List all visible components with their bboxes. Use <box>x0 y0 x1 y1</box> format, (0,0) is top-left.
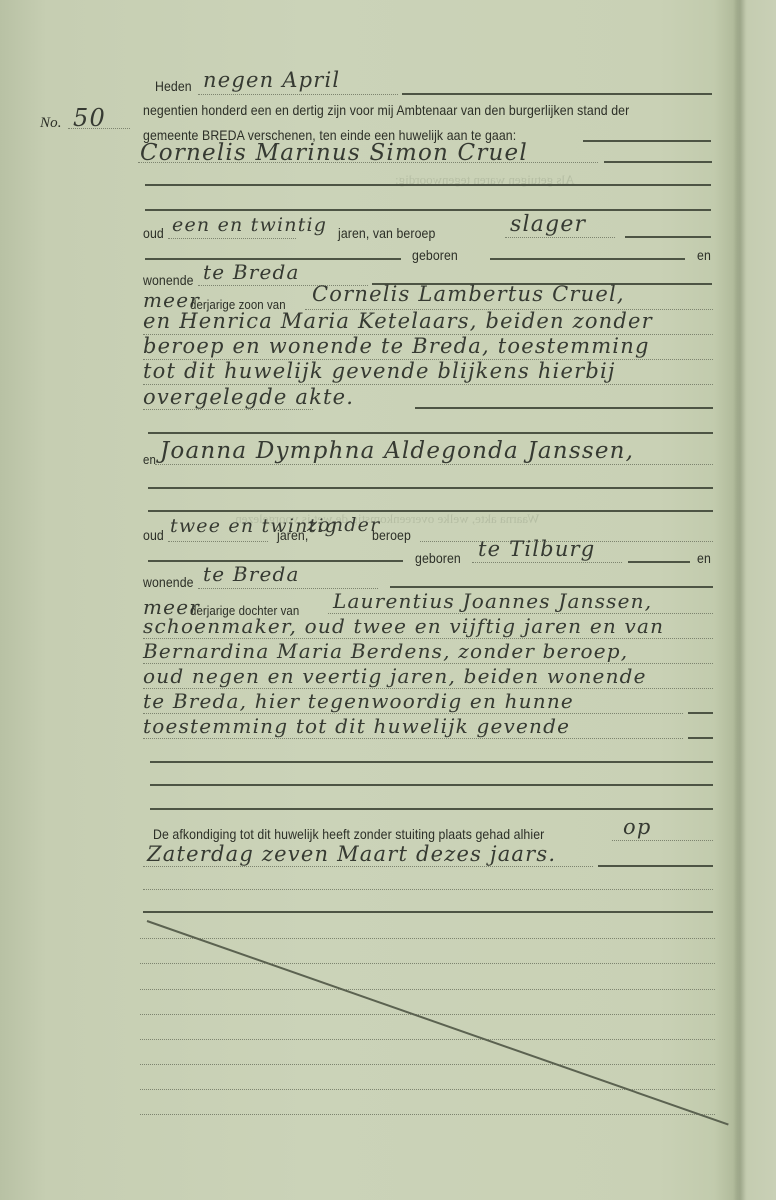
bride-parents-line-2: schoenmaker, oud twee en vijftig jaren e… <box>143 614 664 638</box>
blank-dotted-rule <box>140 989 715 990</box>
groom-name-line <box>138 162 598 163</box>
bride-parents-rule-5b <box>688 712 713 714</box>
register-page: Als getuigen waren tegenwoordig: Waarna … <box>0 0 776 1200</box>
groom-parents-line-3: beroep en wonende te Breda, toestemming <box>143 334 650 358</box>
bride-birthplace: te Tilburg <box>478 537 595 561</box>
bride-parents-line-6: toestemming tot dit huwelijk gevende <box>143 714 570 738</box>
proclamation-line-1 <box>612 840 713 841</box>
groom-name-rule <box>604 161 712 163</box>
bride-en-label: en <box>143 452 156 467</box>
bride-occupation: zonder <box>307 514 380 536</box>
blank-rule <box>143 911 713 913</box>
date-handwritten: negen April <box>203 68 340 92</box>
record-number-line <box>68 128 130 129</box>
bride-parents-rule-6b <box>688 737 713 739</box>
groom-occupation-rule <box>625 236 711 238</box>
record-number-label: No. <box>40 115 62 132</box>
bride-residence: te Breda <box>203 562 300 586</box>
bride-parents-line-5: te Breda, hier tegenwoordig en hunne <box>143 689 574 713</box>
blank-dotted-rule <box>140 938 715 939</box>
bride-birthplace-line <box>472 562 622 563</box>
blank-dotted-rule <box>140 1039 715 1040</box>
intro-line-3-rule <box>583 140 711 142</box>
proclamation-hand-line-2: Zaterdag zeven Maart dezes jaars. <box>147 842 556 866</box>
strike-through-line <box>147 920 729 1125</box>
blank-dotted-rule <box>140 1114 715 1115</box>
groom-oud-label: oud <box>143 225 164 241</box>
groom-geboren-label: geboren <box>412 247 458 263</box>
groom-en-label: en <box>697 247 711 263</box>
blank-rule <box>148 510 713 512</box>
groom-parents-line-4: tot dit huwelijk gevende blijkens hierbi… <box>143 359 616 383</box>
bride-wonende-label: wonende <box>143 574 194 590</box>
bride-parents-line-4: oud negen en veertig jaren, beiden wonen… <box>143 664 647 688</box>
bride-parents-rule-6 <box>143 738 683 739</box>
page-fold <box>733 0 747 1200</box>
bride-age-line <box>168 541 268 542</box>
groom-parents-line-1: Cornelis Lambertus Cruel, <box>312 282 625 306</box>
groom-age-line <box>168 238 296 239</box>
bride-parents-line-3: Bernardina Maria Berdens, zonder beroep, <box>143 639 628 663</box>
groom-geboren-rule-right <box>490 258 685 260</box>
groom-parents-line-5: overgelegde akte. <box>143 385 354 409</box>
bride-name-line <box>155 464 713 465</box>
groom-residence: te Breda <box>203 260 300 284</box>
blank-rule <box>145 209 711 211</box>
bride-name: Joanna Dymphna Aldegonda Janssen, <box>160 438 634 464</box>
groom-jaren-beroep-label: jaren, van beroep <box>338 225 435 241</box>
date-line-rule <box>402 93 712 95</box>
bride-oud-label: oud <box>143 527 164 543</box>
date-line <box>198 94 398 95</box>
bride-geboren-label: geboren <box>415 550 461 566</box>
proclamation-hand-end: op <box>623 815 652 839</box>
groom-parents-line-2: en Henrica Maria Ketelaars, beiden zonde… <box>143 309 653 333</box>
bride-en-label-2: en <box>697 550 711 566</box>
groom-parents-rule-5 <box>143 409 313 410</box>
bride-parents-line-1: Laurentius Joannes Janssen, <box>333 589 652 613</box>
intro-line-2: negentien honderd een en dertig zijn voo… <box>143 102 629 118</box>
proclamation-line-2-rule <box>598 865 713 867</box>
blank-dotted-rule <box>140 1014 715 1015</box>
blank-rule <box>150 784 713 786</box>
blank-dotted-rule <box>143 889 713 890</box>
groom-age: een en twintig <box>172 214 327 236</box>
bride-birthplace-rule <box>628 561 690 563</box>
blank-dotted-rule <box>140 1064 715 1065</box>
blank-rule <box>148 432 713 434</box>
groom-occupation-line <box>505 237 615 238</box>
blank-rule <box>145 184 711 186</box>
heden-label: Heden <box>155 78 192 94</box>
blank-dotted-rule <box>140 963 715 964</box>
groom-wonende-label: wonende <box>143 272 194 288</box>
blank-rule <box>148 487 713 489</box>
bride-beroep-label: beroep <box>372 527 411 543</box>
bride-residence-rule <box>390 586 713 588</box>
blank-rule <box>150 761 713 763</box>
blank-rule <box>150 808 713 810</box>
groom-parents-rule-5b <box>415 407 713 409</box>
proclamation-text: De afkondiging tot dit huwelijk heeft zo… <box>153 826 544 842</box>
groom-occupation: slager <box>510 212 586 237</box>
proclamation-line-2 <box>143 866 593 867</box>
bride-jaren-label: jaren, <box>277 527 308 543</box>
